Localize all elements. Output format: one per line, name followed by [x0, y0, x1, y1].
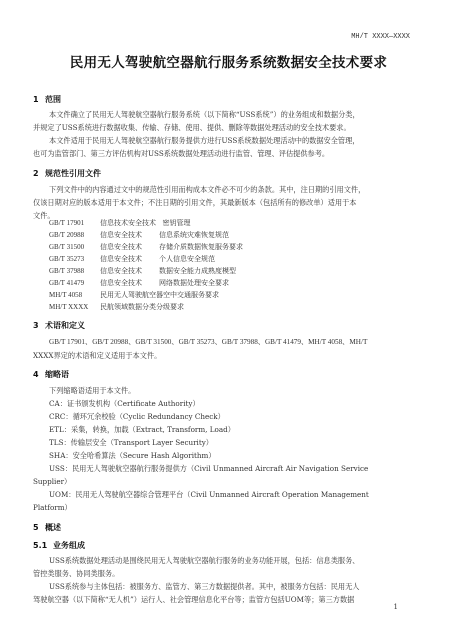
paragraph-line: 本文件确立了民用无人驾驶航空器航行服务系统（以下简称“USS系统”）的业务组成和… — [33, 108, 360, 121]
paragraph-line: 并规定了USS系统进行数据收集、传输、存储、使用、提供、删除等数据处理活动的安全… — [33, 121, 351, 134]
standard-code: MH/T XXXX—XXXX — [351, 33, 410, 41]
section-title: 规范性引用文件 — [45, 169, 101, 178]
section-title: 范围 — [45, 95, 61, 104]
abbrev-line: CRC：循环冗余校验（Cyclic Redundancy Check） — [33, 410, 225, 423]
paragraph-line: XXXX界定的术语和定义适用于本文件。 — [33, 349, 161, 362]
reference-item: GB/T 35273信息安全技术个人信息安全规范 — [49, 254, 215, 264]
section-title: 术语和定义 — [45, 321, 85, 330]
abbrev-line: UOM：民用无人驾驶航空器综合管理平台（Civil Unmanned Aircr… — [33, 488, 369, 501]
section-4-heading: 4缩略语 — [33, 369, 69, 380]
reference-item: MH/T 4058民用无人驾驶航空器空中交通服务要求 — [49, 290, 219, 300]
reference-item: GB/T 17901信息技术安全技术 密钥管理 — [49, 218, 191, 228]
paragraph-line: 管控类服务、协同类服务。 — [33, 567, 119, 580]
section-2-heading: 2规范性引用文件 — [33, 168, 101, 179]
reference-item: GB/T 37988信息安全技术数据安全能力成熟度模型 — [49, 266, 236, 276]
section-title: 缩略语 — [45, 370, 69, 379]
reference-item: GB/T 31500信息安全技术存储介质数据恢复服务要求 — [49, 242, 243, 252]
reference-item: GB/T 41479信息安全技术网络数据处理安全要求 — [49, 278, 229, 288]
paragraph-line: 下列文件中的内容通过文中的规范性引用而构成本文件必不可少的条款。其中，注日期的引… — [33, 183, 365, 196]
paragraph-line: 本文件适用于民用无人驾驶航空器航行服务提供方进行USS系统数据处理活动中的数据安… — [33, 134, 359, 147]
reference-item: GB/T 20988信息安全技术信息系统灾难恢复规范 — [49, 230, 229, 240]
abbrev-line: TLS：传输层安全（Transport Layer Security） — [33, 436, 213, 449]
abbrev-line: Supplier） — [33, 475, 71, 488]
page-number: 1 — [394, 603, 398, 611]
subsection-5-1-heading: 5.1业务组成 — [33, 540, 85, 551]
section-number: 2 — [33, 169, 45, 178]
paragraph-line: USS系统参与主体包括：被服务方、监管方、第三方数据提供者。其中，被服务方包括：… — [33, 580, 359, 593]
abbrev-line: Platform） — [33, 501, 72, 514]
subsection-title: 业务组成 — [53, 541, 85, 550]
abbrev-line: 下列缩略语适用于本文件。 — [33, 384, 135, 397]
abbrev-line: ETL：采集，转换，加载（Extract, Transform, Load） — [33, 423, 235, 436]
subsection-number: 5.1 — [33, 541, 53, 550]
section-3-heading: 3术语和定义 — [33, 320, 85, 331]
section-number: 3 — [33, 321, 45, 330]
section-number: 1 — [33, 95, 45, 104]
abbrev-line: SHA：安全哈希算法（Secure Hash Algorithm） — [33, 449, 216, 462]
paragraph-line: 也可为监管部门、第三方评估机构对USS系统数据处理活动进行监管、管理、评估提供参… — [33, 147, 329, 160]
abbrev-line: CA：证书颁发机构（Certificate Authority） — [33, 397, 200, 410]
section-1-heading: 1范围 — [33, 94, 61, 105]
abbrev-line: USS：民用无人驾驶航空器航行服务提供方（Civil Unmanned Airc… — [33, 462, 368, 475]
document-title: 民用无人驾驶航空器航行服务系统数据安全技术要求 — [0, 51, 457, 71]
paragraph-line: GB/T 17901、GB/T 20988、GB/T 31500、GB/T 35… — [49, 336, 367, 349]
section-5-heading: 5概述 — [33, 522, 61, 533]
paragraph-line: 仅该日期对应的版本适用于本文件；不注日期的引用文件，其最新版本（包括所有的修改单… — [33, 196, 356, 209]
section-title: 概述 — [45, 523, 61, 532]
paragraph-line: 驾驶航空器（以下简称“无人机”）运行人、社会管理信息化平台等；监管方包括UOM等… — [33, 593, 354, 606]
section-number: 4 — [33, 370, 45, 379]
paragraph-line: USS系统数据处理活动是围绕民用无人驾驶航空器航行服务的业务功能开展，包括：信息… — [33, 554, 359, 567]
section-number: 5 — [33, 523, 45, 532]
reference-item: MH/T XXXX民航领域数据分类分级要求 — [49, 302, 184, 312]
